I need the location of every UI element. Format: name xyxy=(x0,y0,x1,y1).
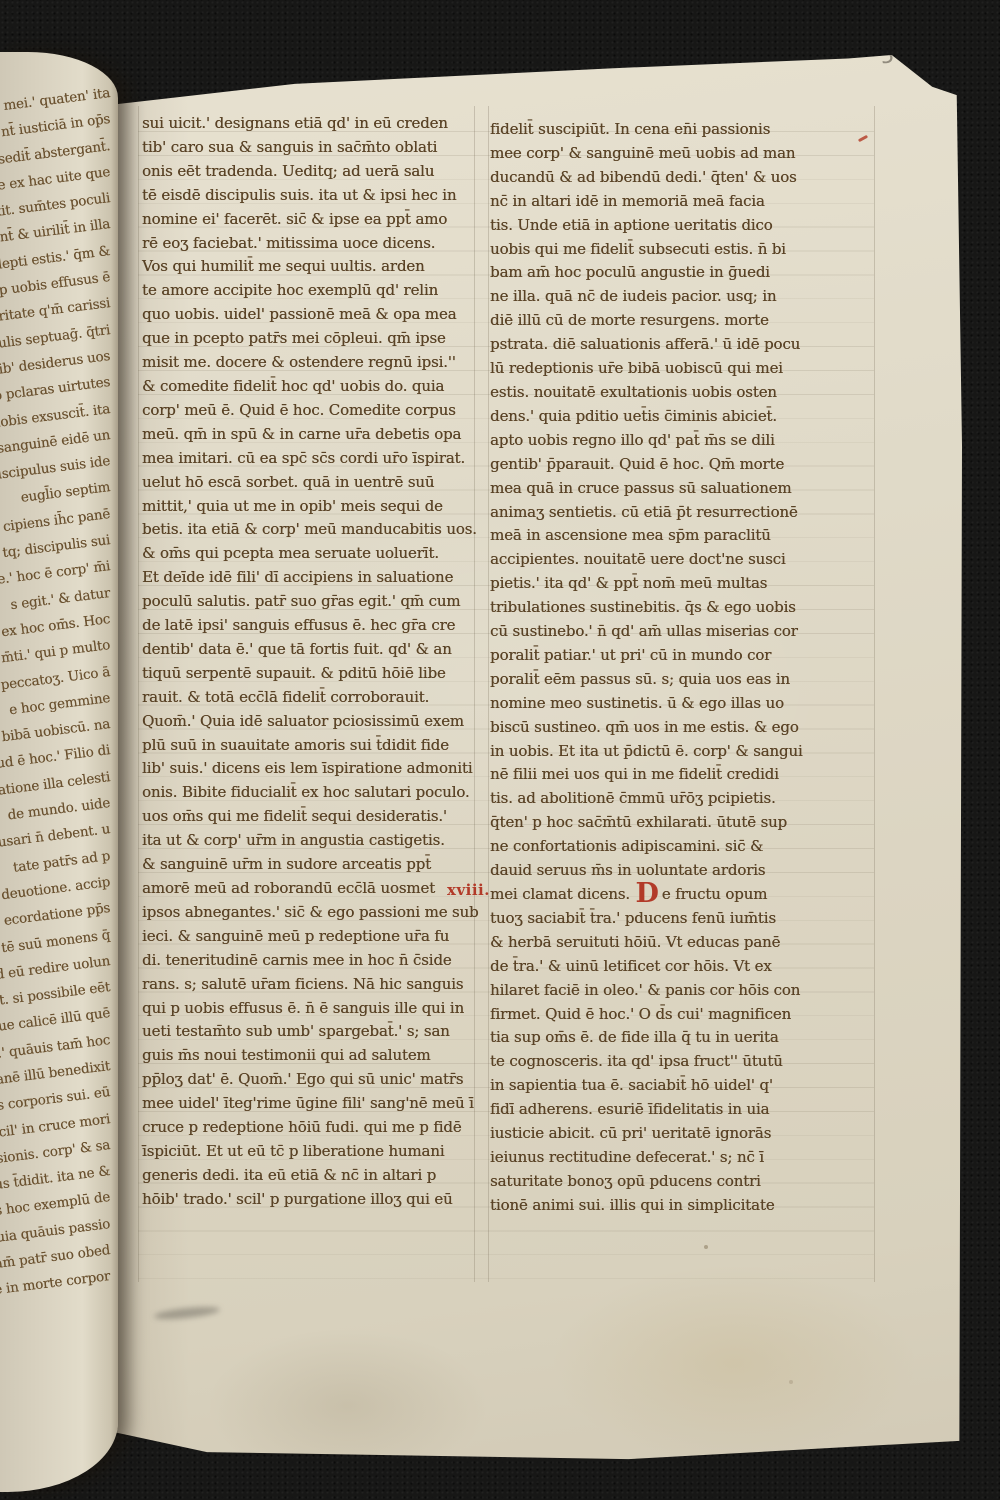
manuscript-text-line: q̄ten' p hoc sac̄m̄tū exhilarati. ūtutē … xyxy=(490,811,876,835)
manuscript-text-line: firmet. Quid ē hoc.' O d̄s cui' magnific… xyxy=(490,1003,876,1027)
manuscript-text-line: ducandū & ad bibendū dedi.' q̄ten' & uos xyxy=(490,166,876,190)
manuscript-text-line: mea quā in cruce passus sū saluationem xyxy=(490,477,876,501)
left-text-column: sui uicit.' designans etiā qd' in eū cre… xyxy=(142,112,478,1212)
manuscript-text-line: & sanguinē ur̄m in sudore arceatis ppt̄ xyxy=(142,853,478,877)
manuscript-text-line: gentib' p̄parauit. Quid ē hoc. Qm̄ morte xyxy=(490,453,876,477)
manuscript-text-line: fidī adherens. esuriē īfidelitatis in ui… xyxy=(490,1098,876,1122)
manuscript-text-line: corp' meū ē. Quid ē hoc. Comedite corpus xyxy=(142,399,478,423)
manuscript-text-line: meū. qm̄ in spū & in carne ur̄a debetis … xyxy=(142,423,478,447)
ink-speck xyxy=(704,1245,708,1249)
manuscript-text-line: rans. s; salutē ur̄am ficiens. Nā hic sa… xyxy=(142,973,478,997)
manuscript-text-line: de t̄ra.' & uinū letificet cor hōis. Vt … xyxy=(490,955,876,979)
manuscript-text-line: accipientes. nouitatē uere doct'ne susci xyxy=(490,548,876,572)
manuscript-text-line: poralit̄ eēm passus sū. s; quia uos eas … xyxy=(490,668,876,692)
manuscript-text-line: ipsos abnegantes.' sic̄ & ego passioni m… xyxy=(142,901,478,925)
manuscript-text-line: tionē animi sui. illis qui in simplicita… xyxy=(490,1194,876,1218)
facing-page-text: mei.' quaten' itant̄ iusticiā in op̄ssed… xyxy=(0,80,110,1290)
manuscript-text-line: sui uicit.' designans etiā qd' in eū cre… xyxy=(142,112,478,136)
manuscript-text-line: ne confortationis adipiscamini. sic̄ & xyxy=(490,835,876,859)
manuscript-text-line: rē eoʒ faciebat.' mitissima uoce dicens. xyxy=(142,232,478,256)
line-text: e fructu opum xyxy=(662,885,767,903)
manuscript-text-line: pietis.' ita qd' & ppt̄ nom̄ meū multas xyxy=(490,572,876,596)
chapter-number-rubric: xviii. xyxy=(447,881,490,899)
manuscript-text-line: poralit̄ patiar.' ut pri' cū in mundo co… xyxy=(490,644,876,668)
manuscript-text-line: bam am̄ hoc poculū angustie in ḡuedi xyxy=(490,261,876,285)
manuscript-text-line: amorē meū ad roborandū ecc̄lā uosmet xyxy=(142,877,478,901)
manuscript-text-line: tib' caro sua & sanguis in sac̄m̄to obla… xyxy=(142,136,478,160)
manuscript-text-line: & comedite fidelit̄ hoc qd' uobis do. qu… xyxy=(142,375,478,399)
manuscript-text-line: mee uidel' īteg'rime ūgine fili' sang'nē… xyxy=(142,1092,478,1116)
manuscript-text-line: tiquū serpentē supauit. & pditū hōiē lib… xyxy=(142,662,478,686)
manuscript-text-line: īspiciūt. Et ut eū tc̄ p liberatione hum… xyxy=(142,1140,478,1164)
manuscript-text-line: estis. nouitatē exultationis uobis osten xyxy=(490,381,876,405)
manuscript-text-line: dens.' quia pditio uet̄is c̄iminis abici… xyxy=(490,405,876,429)
manuscript-text-line: ieiunus rectitudine defecerat.' s; nc̄ ī xyxy=(490,1146,876,1170)
manuscript-text-line: quo uobis. uidel' passionē meā & opa mea xyxy=(142,303,478,327)
manuscript-text-line: cruce p redeptione hōiū fudi. qui me p f… xyxy=(142,1116,478,1140)
manuscript-text-line: qui p uobis effusus ē. n̄ ē sanguis ille… xyxy=(142,997,478,1021)
manuscript-text-line: ita ut & corp' ur̄m in angustia castiget… xyxy=(142,829,478,853)
manuscript-text-line: tuoʒ saciabit̄ t̄ra.' pducens fenū ium̄t… xyxy=(490,907,876,931)
manuscript-text-line: betis. ita etiā & corp' meū manducabitis… xyxy=(142,518,478,542)
manuscript-text-line: tia sup om̄s ē. de fide illa q̄ tu in ue… xyxy=(490,1026,876,1050)
manuscript-text-line: te cognosceris. ita qd' ipsa fruct'' ūtu… xyxy=(490,1050,876,1074)
manuscript-text-line: onis eēt tradenda. Ueditq; ad uerā salu xyxy=(142,160,478,184)
manuscript-text-line: ieci. & sanguinē meū p redeptione ur̄a f… xyxy=(142,925,478,949)
manuscript-text-line: apto uobis regno illo qd' pat̄ m̄s se di… xyxy=(490,429,876,453)
manuscript-text-line: nomine meo sustinetis. ū & ego illas uo xyxy=(490,692,876,716)
vertical-rule-right-inner xyxy=(488,106,489,1282)
manuscript-text-line: tis. Unde etiā in aptione ueritatis dico xyxy=(490,214,876,238)
manuscript-text-line: de latē ipsi' sanguis effusus ē. hec gr̄… xyxy=(142,614,478,638)
manuscript-text-line: mei clamat dicens. De fructu opum xyxy=(490,883,876,907)
facing-page-edge: mei.' quaten' itant̄ iusticiā in op̄ssed… xyxy=(0,52,118,1492)
manuscript-text-line: iusticie abicit. cū pri' ueritatē ignorā… xyxy=(490,1122,876,1146)
manuscript-text-line: Quom̄.' Quia idē saluator pciosissimū ex… xyxy=(142,710,478,734)
line-text: mei clamat dicens. xyxy=(490,885,635,903)
page-stain xyxy=(154,1305,221,1322)
manuscript-text-line: fidelit̄ suscipiūt. In cena en̄i passion… xyxy=(490,118,876,142)
manuscript-text-line: pp̄loʒ dat' ē. Quom̄.' Ego qui sū unic' … xyxy=(142,1068,478,1092)
manuscript-text-line: tribulationes sustinebitis. q̄s & ego uo… xyxy=(490,596,876,620)
manuscript-text-line: saturitate bonoʒ opū pducens contri xyxy=(490,1170,876,1194)
manuscript-text-line: cū sustinebo.' n̄ qd' am̄ ullas miserias… xyxy=(490,620,876,644)
manuscript-text-line: nomine ei' facerēt. sic̄ & ipse ea ppt̄ … xyxy=(142,208,478,232)
manuscript-text-line: & herbā seruituti hōiū. Vt educas panē xyxy=(490,931,876,955)
manuscript-text-line: hōib' trado.' scil' p purgatione illoʒ q… xyxy=(142,1188,478,1212)
manuscript-text-line: di. teneritudinē carnis mee in hoc n̄ c̄… xyxy=(142,949,478,973)
manuscript-text-line: lū redeptionis ur̄e bibā uobiscū qui mei xyxy=(490,357,876,381)
manuscript-text-line: ueti testam̄to sub umb' spargebat̄.' s; … xyxy=(142,1020,478,1044)
manuscript-text-line: uos om̄s qui me fidelit̄ sequi desiderat… xyxy=(142,805,478,829)
manuscript-text-line: rauit. & totā ecc̄lā fidelit̄ corroborau… xyxy=(142,686,478,710)
manuscript-text-line: uelut hō escā sorbet. quā in uentrē suū xyxy=(142,471,478,495)
manuscript-text-line: & om̄s qui pcepta mea seruate uoluerīt. xyxy=(142,542,478,566)
manuscript-text-line: animaʒ sentietis. cū etiā p̄t resurrecti… xyxy=(490,501,876,525)
vertical-rule-left-outer xyxy=(138,106,139,1282)
manuscript-text-line: ne illa. quā nc̄ de iudeis pacior. usq; … xyxy=(490,285,876,309)
manuscript-text-line: tis. ad abolitionē c̄mmū ur̄ōʒ pcipietis… xyxy=(490,787,876,811)
rubric-initial: D xyxy=(636,878,659,909)
manuscript-text-line: onis. Bibite fiducialit̄ ex hoc salutari… xyxy=(142,781,478,805)
manuscript-text-line: tē eisdē discipulis suis. ita ut & ipsi … xyxy=(142,184,478,208)
manuscript-text-line: biscū sustineo. qm̄ uos in me estis. & e… xyxy=(490,716,876,740)
manuscript-text-line: Vos qui humilit̄ me sequi uultis. arden xyxy=(142,255,478,279)
manuscript-text-line: plū suū in suauitate amoris sui t̄didit … xyxy=(142,734,478,758)
manuscript-text-line: in sapientia tua ē. saciabit̄ hō uidel' … xyxy=(490,1074,876,1098)
manuscript-text-line: dauid seruus m̄s in uoluntate ardoris xyxy=(490,859,876,883)
manuscript-text-line: dentib' data ē.' que tā fortis fuit. qd'… xyxy=(142,638,478,662)
manuscript-text-line: mee corp' & sanguinē meū uobis ad man xyxy=(490,142,876,166)
manuscript-text-line: Et deīde idē fili' dī accipiens in salua… xyxy=(142,566,478,590)
ink-speck xyxy=(789,1380,793,1384)
manuscript-text-line: nē filii mei uos qui in me fidelit̄ cred… xyxy=(490,763,876,787)
manuscript-text-line: que in pcepto patr̄s mei cōpleui. qm̄ ip… xyxy=(142,327,478,351)
manuscript-text-line: nc̄ in altari idē in memoriā meā facia xyxy=(490,190,876,214)
manuscript-text-line: mittit,' quia ut me in opib' meis sequi … xyxy=(142,495,478,519)
manuscript-text-line: te amore accipite hoc exemplū qd' relin xyxy=(142,279,478,303)
manuscript-text-line: lib' suis.' dicens eis lem īspiratione a… xyxy=(142,757,478,781)
manuscript-text-line: diē illū cū de morte resurgens. morte xyxy=(490,309,876,333)
manuscript-text-line: generis dedi. ita eū etiā & nc̄ in altar… xyxy=(142,1164,478,1188)
manuscript-text-line: poculū salutis. patr̄ suo gr̄as egit.' q… xyxy=(142,590,478,614)
manuscript-text-line: misit me. docere & ostendere regnū ipsi.… xyxy=(142,351,478,375)
manuscript-text-line: meā in ascensione mea sp̄m paraclitū xyxy=(490,524,876,548)
manuscript-text-line: guis m̄s noui testimonii qui ad salutem xyxy=(142,1044,478,1068)
manuscript-text-line: mea imitari. cū ea spc̄ sc̄s cordi ur̄o … xyxy=(142,447,478,471)
manuscript-page: 54 sui uicit.' designans etiā qd' in eū … xyxy=(84,50,962,1462)
manuscript-text-line: uobis qui me fidelit̄ subsecuti estis. n… xyxy=(490,238,876,262)
manuscript-text-line: in uobis. Et ita ut p̄dictū ē. corp' & s… xyxy=(490,740,876,764)
manuscript-text-line: pstrata. diē saluationis afferā.' ū idē … xyxy=(490,333,876,357)
manuscript-text-line: hilaret faciē in oleo.' & panis cor hōis… xyxy=(490,979,876,1003)
right-text-column: fidelit̄ suscipiūt. In cena en̄i passion… xyxy=(490,118,876,1218)
